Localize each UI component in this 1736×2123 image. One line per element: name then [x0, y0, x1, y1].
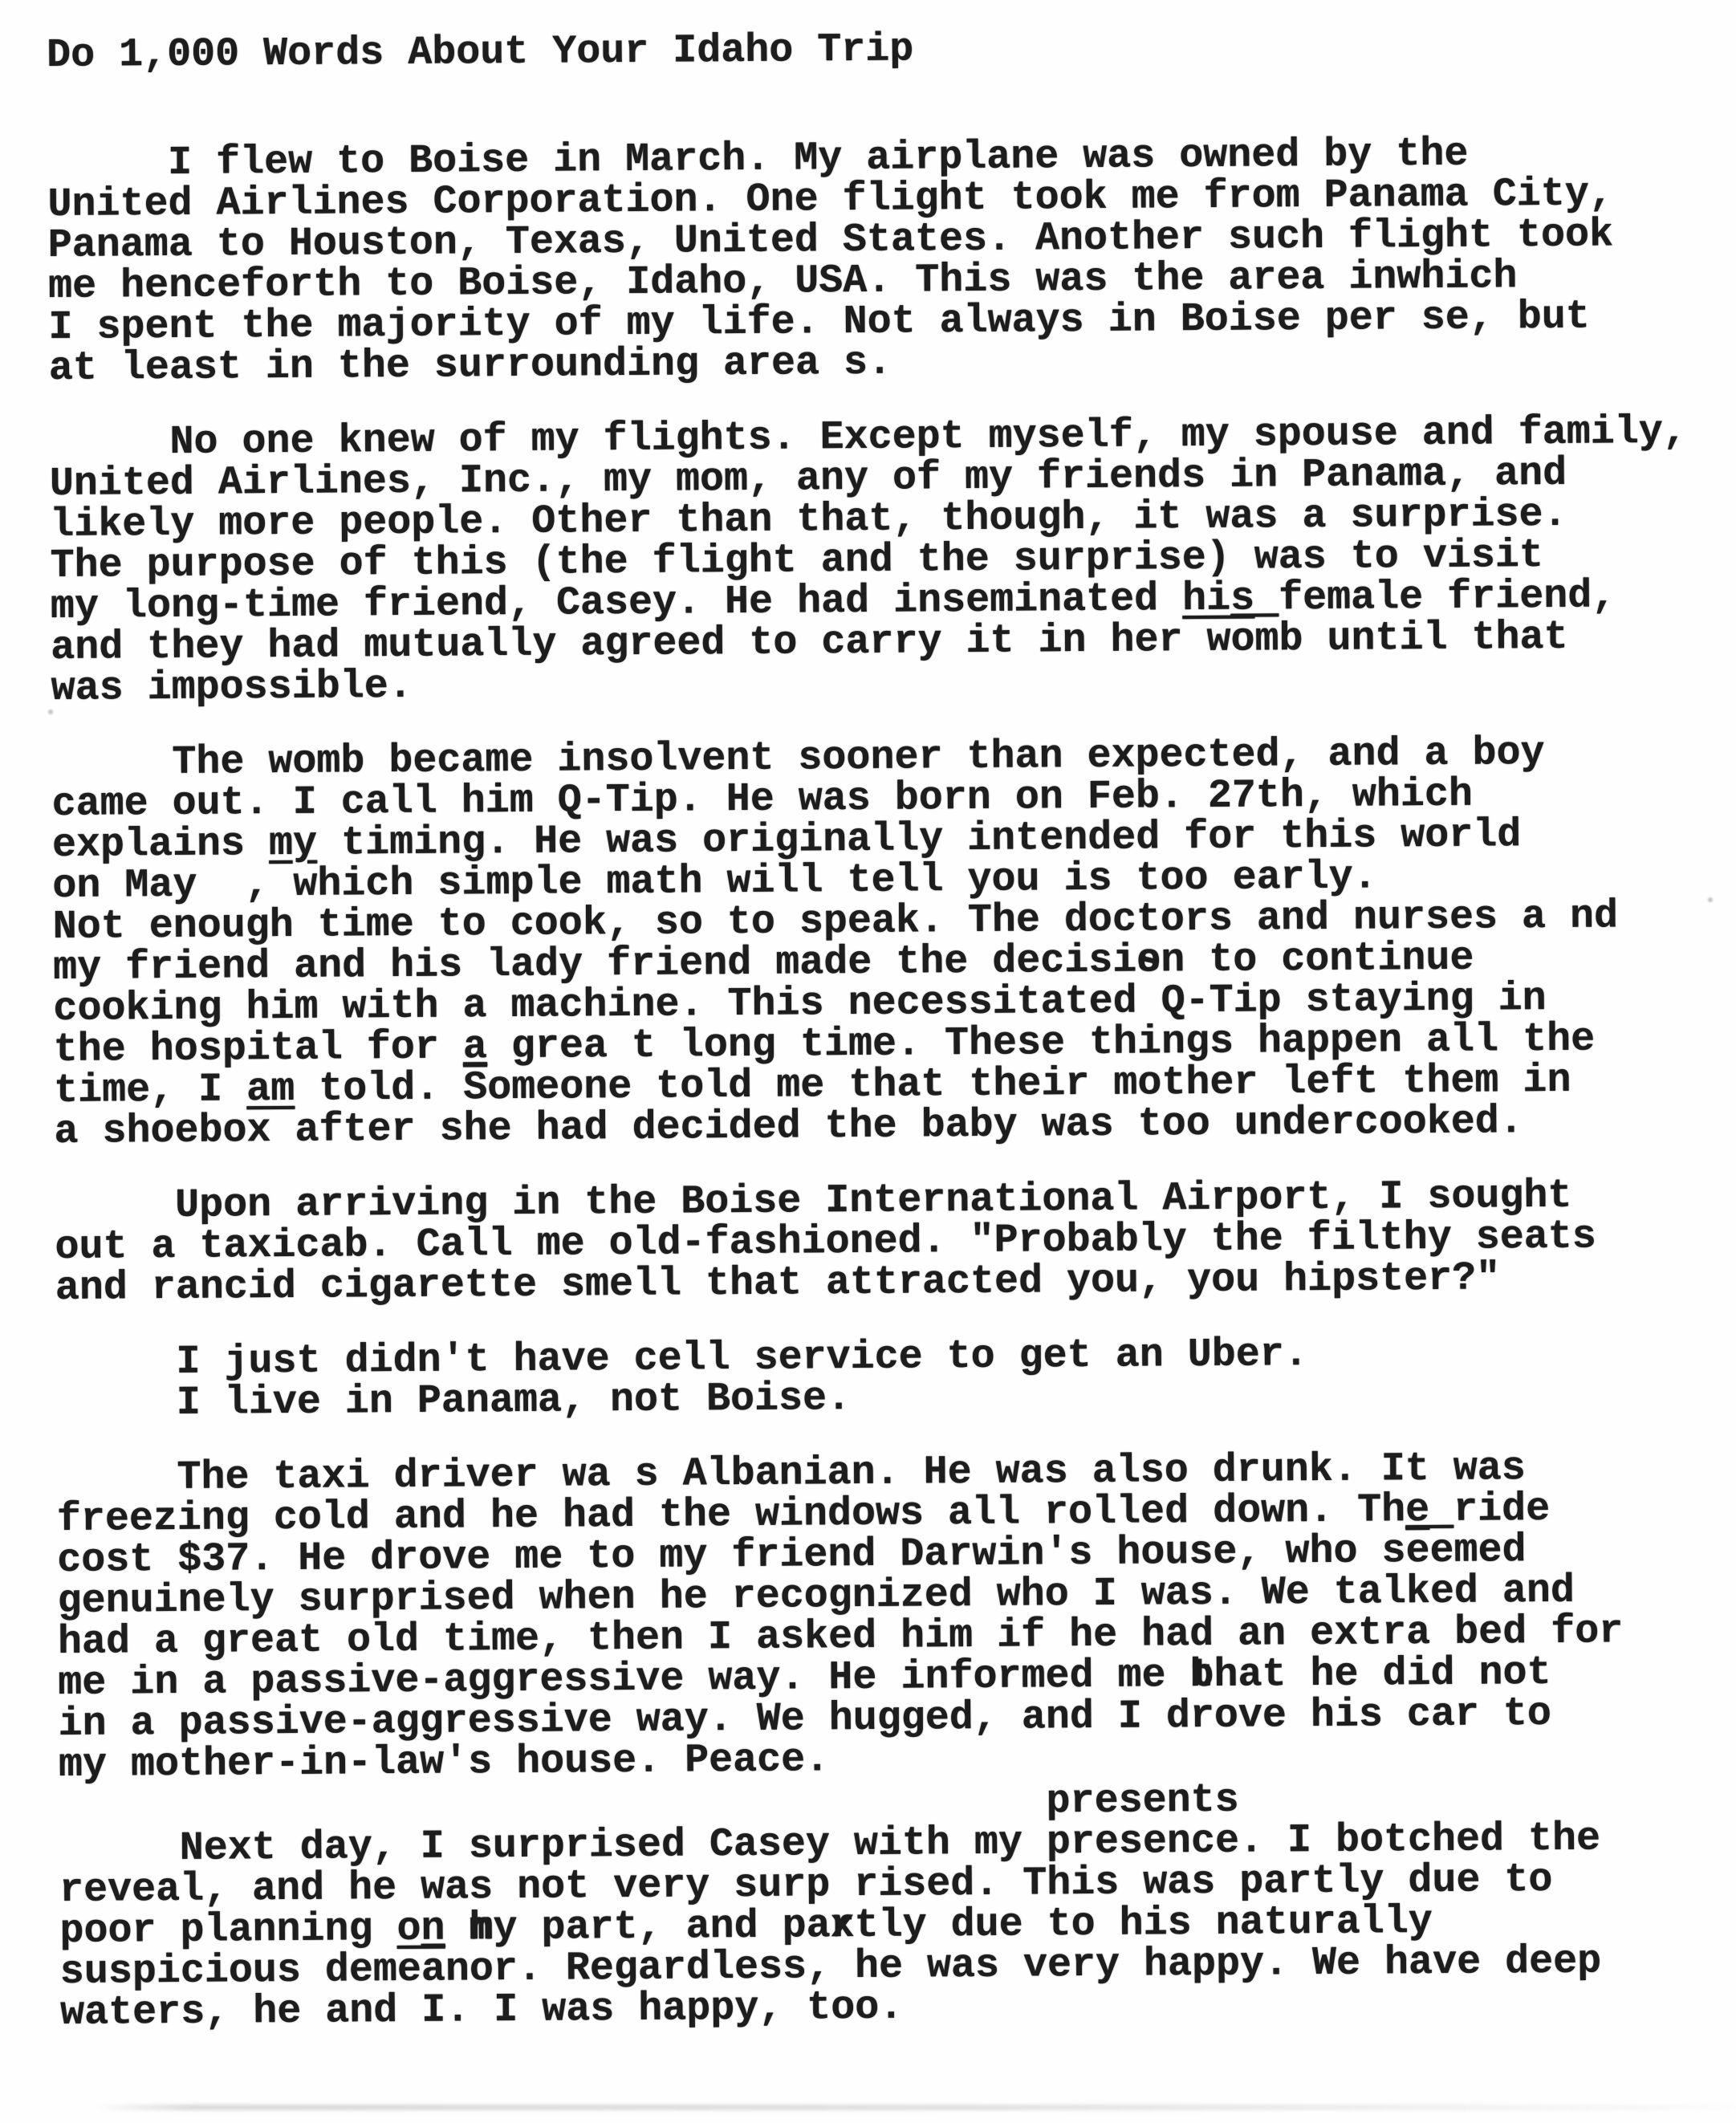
text-run: time, I: [54, 1067, 246, 1114]
overline-text: ee: [1405, 1528, 1453, 1574]
text-run: nor. Regardless, he was very happy. We h…: [445, 1939, 1602, 1993]
text-run: I live in Panama, not Boise.: [56, 1376, 852, 1427]
text-run: and they had mutually agreed to carry it…: [51, 617, 1231, 671]
overline-text: om: [1230, 616, 1279, 662]
overline-text: S: [463, 1065, 487, 1111]
paragraph: Upon arriving in the Boise International…: [55, 1175, 1693, 1309]
text-line: waters, he and I. I was happy, too.: [60, 1982, 1698, 2034]
text-run: explains: [52, 821, 269, 868]
paragraph: I just didn't have cell service to get a…: [55, 1332, 1693, 1425]
overstrike-text: mh: [469, 1908, 493, 1949]
text-run: med: [1453, 1527, 1526, 1574]
document-title: Do 1,000 Words About Your Idaho Trip: [47, 24, 1685, 76]
text-line: and rancid cigarette smell that attracte…: [55, 1257, 1693, 1309]
paragraphs: I flew to Boise in March. My airplane wa…: [47, 132, 1698, 2034]
document-page: Do 1,000 Words About Your Idaho Trip I f…: [0, 0, 1736, 2123]
underlined-text: a: [463, 1024, 487, 1070]
overstrike-text: rx: [830, 1905, 854, 1946]
text-line: in a passive-aggressive way. We hugged, …: [59, 1693, 1697, 1745]
paragraph: No one knew of my flights. Except myself…: [49, 412, 1689, 710]
text-run: at least in the surrounding area s.: [49, 340, 892, 392]
text-run: b until that: [1279, 615, 1567, 663]
scan-speckle: [48, 710, 53, 714]
text-run: [445, 1905, 469, 1951]
text-line: a shoebox after she had decided the baby…: [54, 1100, 1692, 1153]
paragraph: The womb became insolvent sooner than ex…: [51, 732, 1692, 1153]
paragraph: I flew to Boise in March. My airplane wa…: [47, 132, 1686, 389]
text-run: waters, he and I. I was happy, too.: [60, 1985, 904, 2036]
page-bottom-scan-artifact: [96, 2105, 1736, 2110]
document-content: Do 1,000 Words About Your Idaho Trip I f…: [47, 24, 1698, 2034]
text-run: was impossible.: [51, 664, 412, 712]
overstrike-text: tb: [1189, 1655, 1214, 1696]
text-run: a shoebox after she had decided the baby…: [54, 1099, 1523, 1155]
underlined-text: my: [269, 821, 317, 867]
scan-speckle: [665, 165, 670, 171]
text-run: told.: [295, 1065, 463, 1112]
underlined-text: his: [1182, 576, 1254, 623]
overline-text: a: [421, 1947, 445, 1993]
scan-speckle: [1708, 897, 1713, 902]
paragraph: presents Next day, I surprised Casey wit…: [59, 1777, 1697, 2034]
text-run: and rancid cigarette smell that attracte…: [55, 1255, 1501, 1312]
text-line: at least in the surrounding area s.: [49, 337, 1687, 389]
underlined-text: am: [246, 1067, 295, 1112]
paragraph: The taxi driver wa s Albanian. He was al…: [56, 1447, 1696, 1786]
text-line: and they had mutually agreed to carry it…: [51, 616, 1689, 669]
underlined-text: e: [1405, 1487, 1429, 1533]
overstrike-text: os: [1136, 940, 1161, 981]
text-run: ride: [1429, 1487, 1550, 1533]
underlined-text: on: [396, 1906, 445, 1952]
